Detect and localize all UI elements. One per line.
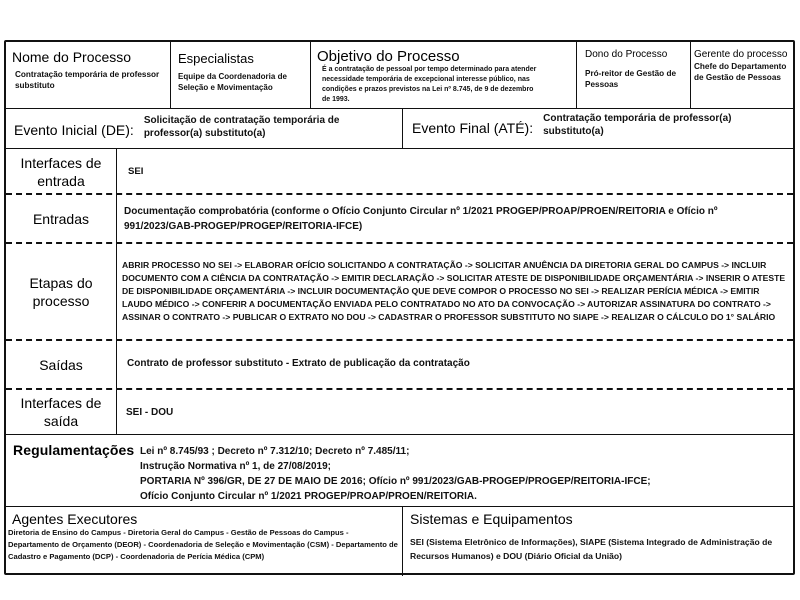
divider [576,42,577,108]
regulamentacoes-list: Lei nº 8.745/93 ; Decreto nº 7.312/10; D… [140,444,790,504]
agentes-cell: Agentes Executores Diretoria de Ensino d… [8,511,400,563]
divider [310,42,311,108]
agentes-label: Agentes Executores [12,511,400,527]
divider [402,108,403,148]
gerente-cell: Gerente do processo Chefe do Departament… [694,48,794,83]
sistemas-value: SEI (Sistema Eletrônico de Informações),… [410,535,792,563]
evento-final-value: Contratação temporária de professor(a) s… [543,112,763,138]
especialistas-cell: Especialistas Equipe da Coordenadoria de… [178,51,308,93]
divider [6,434,793,435]
row-label-interfaces-saida: Interfaces de saída [6,390,116,434]
evento-inicial: Evento Inicial (DE): Solicitação de cont… [14,114,402,140]
row-value-interfaces-saida: SEI - DOU [126,390,776,434]
row-value-interfaces-entrada: SEI [128,150,778,193]
regulamentacao-item: Instrução Normativa nº 1, de 27/08/2019; [140,459,790,474]
process-sheet: Nome do Processo Contratação temporária … [4,40,795,575]
dono-cell: Dono do Processo Pró-reitor de Gestão de… [585,48,685,90]
row-value-etapas: ABRIR PROCESSO NO SEI -> ELABORAR OFÍCIO… [122,244,790,339]
objetivo-label: Objetivo do Processo [317,48,573,65]
evento-inicial-value: Solicitação de contratação temporária de… [144,114,364,140]
row-label-etapas: Etapas do processo [6,244,116,339]
divider [402,506,403,576]
especialistas-label: Especialistas [178,51,308,67]
gerente-label: Gerente do processo [694,48,794,61]
objetivo-cell: Objetivo do Processo É a contratação de … [317,48,573,105]
sistemas-cell: Sistemas e Equipamentos SEI (Sistema Ele… [410,511,792,563]
evento-final-label: Evento Final (ATÉ): [412,120,533,136]
row-label-saidas: Saídas [6,341,116,388]
nome-do-processo-value: Contratação temporária de professor subs… [15,69,168,91]
regulamentacao-item: PORTARIA Nº 396/GR, DE 27 DE MAIO DE 201… [140,474,790,489]
objetivo-value: É a contratação de pessoal por tempo det… [322,65,542,105]
nome-do-processo-cell: Nome do Processo Contratação temporária … [12,49,168,91]
divider [116,148,117,434]
row-label-interfaces-entrada: Interfaces de entrada [6,150,116,193]
divider [6,148,793,149]
divider [6,108,793,109]
dono-value: Pró-reitor de Gestão de Pessoas [585,68,685,90]
divider [6,506,793,507]
divider [690,42,691,108]
gerente-value: Chefe do Departamento de Gestão de Pesso… [694,61,794,83]
sistemas-label: Sistemas e Equipamentos [410,511,792,527]
agentes-value: Diretoria de Ensino do Campus - Diretori… [8,527,398,563]
evento-final: Evento Final (ATÉ): Contratação temporár… [412,112,792,138]
evento-inicial-label: Evento Inicial (DE): [14,122,134,138]
regulamentacao-item: Ofício Conjunto Circular nº 1/2021 PROGE… [140,489,790,504]
row-value-saidas: Contrato de professor substituto - Extra… [127,341,777,385]
nome-do-processo-label: Nome do Processo [12,49,168,65]
divider [170,42,171,108]
dono-label: Dono do Processo [585,48,685,61]
especialistas-value: Equipe da Coordenadoria de Seleção e Mov… [178,71,308,93]
row-value-entradas: Documentação comprobatória (conforme o O… [124,195,784,242]
regulamentacoes-label: Regulamentações [13,442,134,458]
regulamentacao-item: Lei nº 8.745/93 ; Decreto nº 7.312/10; D… [140,444,790,459]
row-label-entradas: Entradas [6,195,116,242]
